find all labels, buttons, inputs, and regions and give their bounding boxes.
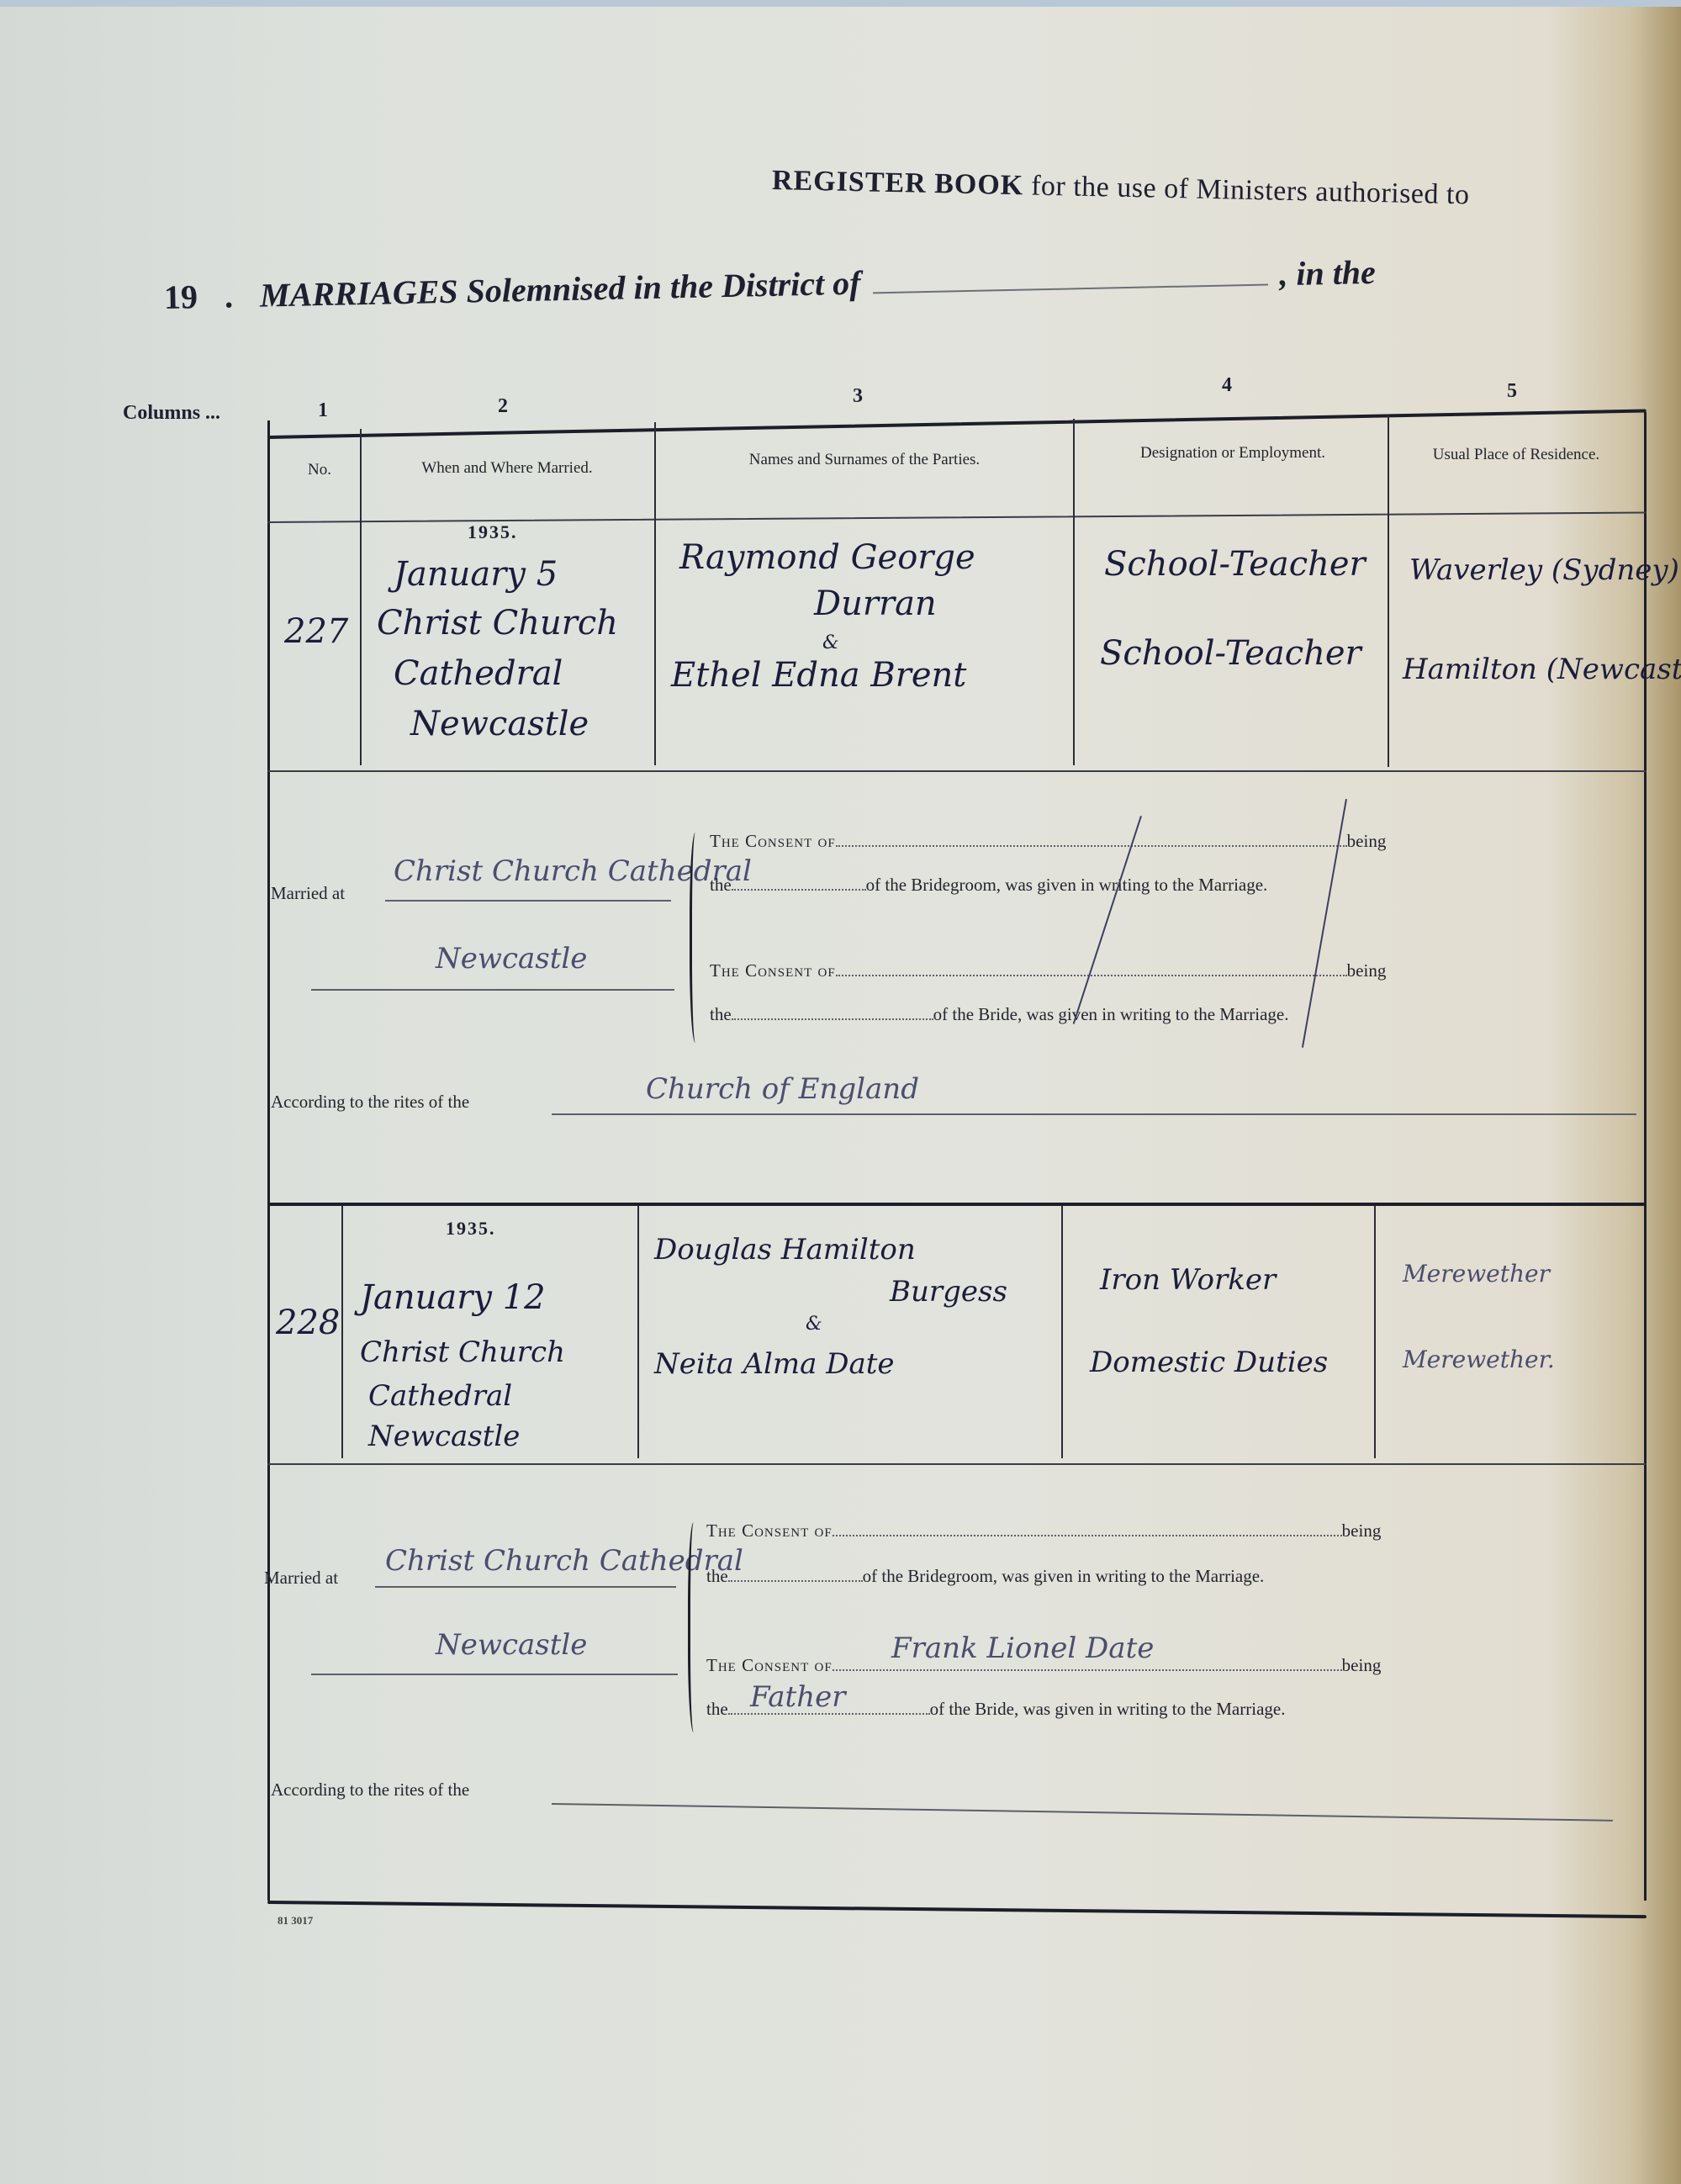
- entry-place-line-2: Cathedral: [368, 1379, 512, 1413]
- entry-place-line-2: Cathedral: [394, 654, 563, 693]
- consent-being: being: [1347, 960, 1387, 981]
- col-divider-4: [1388, 415, 1389, 767]
- consent-groom-line: The Consent ofbeing: [706, 1520, 1381, 1541]
- married-at-line-2[interactable]: Newcastle: [436, 942, 587, 976]
- table-bottom-border: [267, 1901, 1647, 1918]
- groom-employment: Iron Worker: [1100, 1263, 1276, 1297]
- section-title-caps: MARRIAGES: [260, 272, 459, 315]
- section-title-rest: Solemnised in the District of: [466, 264, 861, 310]
- entry-date: January 5: [394, 555, 558, 594]
- consent-brace: [690, 833, 704, 1043]
- consent-being: being: [1347, 831, 1387, 851]
- consent-groom-relation-line: theof the Bridegroom, was given in writi…: [710, 875, 1267, 896]
- section-title-suffix: , in the: [1279, 253, 1376, 293]
- column-number-3: 3: [853, 385, 863, 408]
- connector: &: [806, 1314, 822, 1335]
- entry-number: 227: [284, 612, 348, 651]
- consent-groom-name-field[interactable]: [836, 837, 1347, 847]
- married-at-underline-1: [375, 1586, 676, 1588]
- bride-employment: School-Teacher: [1100, 634, 1361, 673]
- header-residence: Usual Place of Residence.: [1394, 446, 1638, 464]
- table-top-border: [267, 410, 1647, 439]
- entry-year: 1935.: [468, 521, 518, 543]
- column-number-5: 5: [1507, 380, 1517, 403]
- bride-residence: Merewether.: [1403, 1346, 1555, 1373]
- entry-row-divider: [267, 770, 1647, 772]
- groom-residence: Waverley (Sydney): [1409, 553, 1679, 587]
- consent-bride-prefix: The Consent of: [706, 1655, 833, 1675]
- header-no: No.: [286, 461, 353, 479]
- rites-value[interactable]: Church of England: [646, 1072, 919, 1106]
- header-names: Names and Surnames of the Parties.: [663, 451, 1066, 469]
- district-blank-field[interactable]: [872, 262, 1267, 294]
- consent-bride-relation-line: theof the Bride, was given in writing to…: [710, 1004, 1288, 1025]
- consent-being: being: [1342, 1655, 1382, 1675]
- col-divider-1: [360, 429, 362, 765]
- groom-name-line-1: Raymond George: [679, 538, 975, 577]
- section-number: 19: [164, 278, 198, 316]
- table-left-border: [267, 420, 270, 1901]
- married-at-underline-1: [385, 900, 671, 902]
- consent-being: being: [1342, 1520, 1382, 1541]
- register-title-caps: REGISTER BOOK: [772, 165, 1024, 201]
- entry-place-line-3: Newcastle: [368, 1420, 520, 1453]
- marriage-register-table: No. When and Where Married. Names and Su…: [267, 412, 1647, 1909]
- consent-bride-prefix: The Consent of: [710, 960, 836, 981]
- consent-groom-relation-field[interactable]: [732, 880, 866, 891]
- entry-row-divider: [267, 1463, 1647, 1465]
- columns-label: Columns ...: [123, 402, 220, 425]
- bride-residence: Hamilton (Newcastle): [1403, 653, 1681, 686]
- consent-bride-suffix: of the Bride, was given in writing to th…: [930, 1699, 1286, 1719]
- consent-bride-name-value[interactable]: Frank Lionel Date: [891, 1631, 1154, 1665]
- section-title: 19 . MARRIAGES Solemnised in the Distric…: [164, 252, 1377, 317]
- married-at-label: Married at: [264, 1568, 338, 1589]
- consent-brace: [688, 1522, 702, 1732]
- col-divider-3b: [1061, 1206, 1063, 1458]
- entry-place-line-1: Christ Church: [377, 604, 618, 643]
- groom-name-line-1: Douglas Hamilton: [654, 1233, 916, 1267]
- rites-underline[interactable]: [552, 1803, 1613, 1822]
- married-at-label: Married at: [271, 883, 345, 904]
- entry-separator: [267, 1203, 1647, 1206]
- connector: &: [822, 632, 839, 653]
- entry-year: 1935.: [446, 1218, 496, 1240]
- consent-bride-suffix: of the Bride, was given in writing to th…: [933, 1004, 1289, 1024]
- col-divider-3: [1073, 419, 1075, 765]
- rites-label: According to the rites of the: [271, 1092, 469, 1113]
- header-when-where: When and Where Married.: [368, 459, 646, 478]
- entry-place-line-3: Newcastle: [410, 705, 589, 743]
- groom-residence: Merewether: [1403, 1260, 1550, 1288]
- groom-name-line-2: Durran: [814, 584, 937, 623]
- consent-the: the: [706, 1699, 728, 1719]
- consent-the: the: [706, 1566, 728, 1586]
- consent-groom-prefix: The Consent of: [706, 1520, 833, 1541]
- consent-the: the: [710, 875, 732, 895]
- consent-groom-prefix: The Consent of: [710, 831, 836, 851]
- consent-groom-relation-line: theof the Bridegroom, was given in writi…: [706, 1566, 1264, 1587]
- consent-groom-suffix: of the Bridegroom, was given in writing …: [866, 875, 1268, 895]
- consent-the: the: [710, 1004, 732, 1024]
- col-divider-1b: [341, 1206, 343, 1458]
- rites-label: According to the rites of the: [271, 1779, 469, 1801]
- register-title-rest: for the use of Ministers authorised to: [1031, 170, 1470, 210]
- groom-name-line-2: Burgess: [890, 1275, 1007, 1309]
- rites-underline: [552, 1113, 1636, 1115]
- bride-name: Neita Alma Date: [654, 1347, 895, 1381]
- groom-employment: School-Teacher: [1104, 545, 1366, 584]
- table-right-border: [1644, 412, 1647, 1901]
- col-divider-4b: [1374, 1206, 1376, 1458]
- form-code: 81 3017: [278, 1914, 313, 1928]
- col-divider-2b: [637, 1206, 639, 1458]
- header-designation: Designation or Employment.: [1081, 444, 1384, 463]
- col-divider-2: [654, 422, 656, 765]
- married-at-underline-2: [311, 989, 674, 991]
- consent-groom-name-field[interactable]: [833, 1526, 1342, 1536]
- married-at-line-2[interactable]: Newcastle: [436, 1628, 587, 1662]
- page-top-edge: [0, 0, 1681, 7]
- consent-groom-suffix: of the Bridegroom, was given in writing …: [863, 1566, 1265, 1586]
- consent-bride-line: The Consent ofbeing: [710, 960, 1386, 981]
- consent-groom-relation-field[interactable]: [728, 1572, 863, 1582]
- column-number-4: 4: [1222, 374, 1232, 397]
- entry-date: January 12: [360, 1278, 546, 1317]
- consent-bride-relation-field[interactable]: [732, 1010, 933, 1020]
- consent-groom-line: The Consent ofbeing: [710, 831, 1386, 852]
- married-at-underline-2: [311, 1674, 678, 1675]
- register-title: REGISTER BOOK for the use of Ministers a…: [772, 165, 1470, 211]
- consent-bride-relation-value[interactable]: Father: [750, 1680, 846, 1714]
- bride-employment: Domestic Duties: [1090, 1346, 1328, 1379]
- entry-place-line-1: Christ Church: [360, 1335, 565, 1369]
- section-dot: .: [225, 277, 234, 315]
- entry-number: 228: [267, 1304, 340, 1342]
- bride-name: Ethel Edna Brent: [671, 656, 966, 695]
